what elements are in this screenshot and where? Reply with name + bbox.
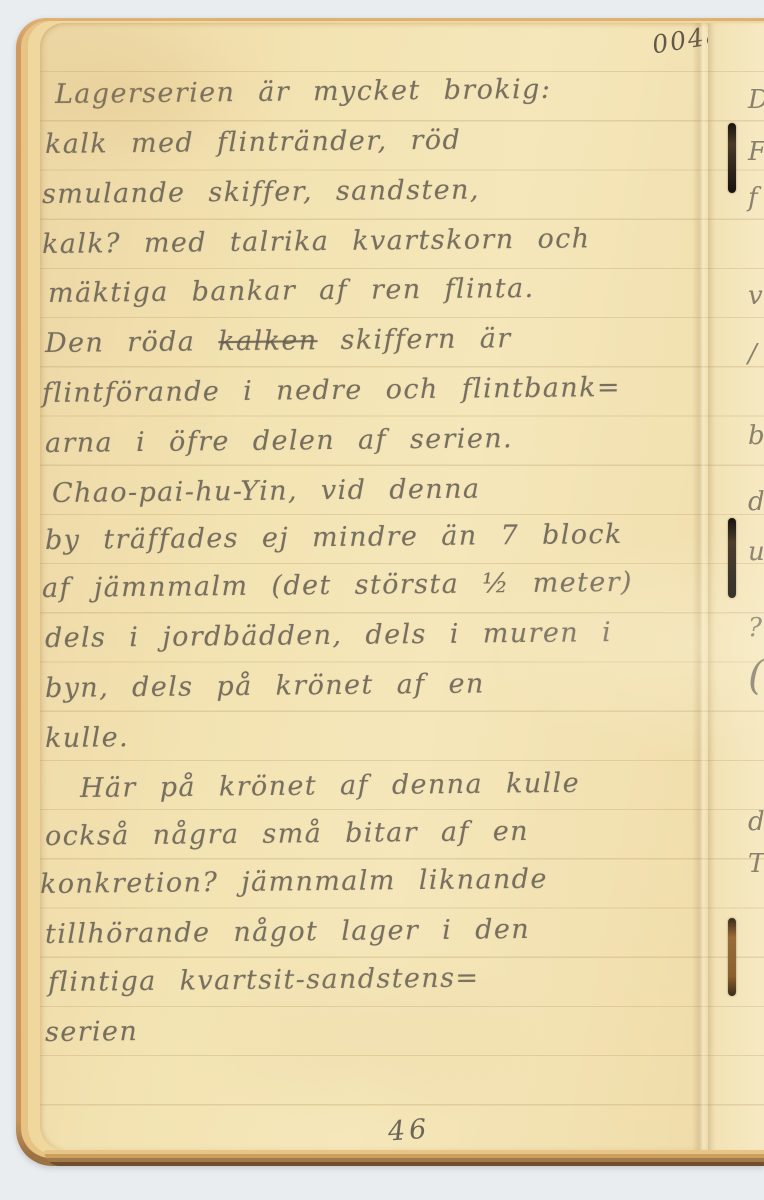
fragment-letter: v: [748, 281, 763, 311]
notebook-scan: 0048 Lagerserien är mycket brokig: kalk …: [16, 18, 764, 1166]
handwritten-line: konkretion? jämnmalm liknande: [40, 864, 548, 900]
binding-stitch: [728, 123, 736, 193]
handwritten-line: tillhörande något lager i den: [45, 914, 530, 950]
handwritten-line: Här på krönet af denna kulle: [80, 768, 580, 804]
handwritten-line: dels i jordbädden, dels i muren i: [45, 617, 612, 654]
fragment-letter: u: [748, 537, 764, 567]
line-segment: skiffern är: [317, 323, 511, 356]
handwritten-line: mäktiga bankar af ren flinta.: [48, 273, 535, 309]
fragment-letter: ?: [748, 613, 762, 643]
fragment-letter: f: [748, 183, 758, 213]
handwritten-line: flintiga kvartsit-sandstens=: [48, 962, 480, 998]
fragment-letter: F: [748, 137, 764, 167]
notebook-page-right-edge: D F f v / b d u ? ( d T.: [708, 23, 764, 1151]
handwritten-line: serien: [45, 1016, 138, 1048]
fragment-letter: T.: [748, 849, 764, 879]
fragment-letter: d: [748, 487, 764, 517]
bottom-page-edges: [44, 1150, 764, 1166]
handwritten-line: by träffades ej mindre än 7 block: [45, 519, 623, 556]
handwritten-line: Lagerserien är mycket brokig:: [55, 74, 552, 110]
handwritten-line-with-strikethrough: Den röda kalken skiffern är: [45, 323, 512, 359]
handwritten-line: flintförande i nedre och flintbank=: [42, 372, 621, 409]
fragment-letter: d: [748, 807, 764, 837]
handwritten-line: kulle.: [45, 722, 129, 754]
fragment-letter: /: [748, 339, 757, 369]
handwritten-line: arna i öfre delen af serien.: [45, 423, 513, 459]
handwritten-line: kalk med flintränder, röd: [45, 125, 462, 160]
handwritten-line: af jämnmalm (det största ½ meter): [42, 567, 633, 604]
line-segment: Den röda: [45, 326, 219, 359]
binding-stitch: [728, 518, 736, 598]
notebook-page-left: 0048 Lagerserien är mycket brokig: kalk …: [40, 23, 764, 1151]
handwritten-line: smulande skiffer, sandsten,: [42, 174, 480, 210]
handwritten-line: byn, dels på krönet af en: [45, 668, 485, 704]
page-gutter-crease: [692, 23, 708, 1151]
binding-stitch: [728, 918, 736, 996]
page-number: 46: [387, 1114, 431, 1148]
handwritten-line: kalk? med talrika kvartskorn och: [42, 223, 591, 260]
fragment-letter: (: [748, 653, 764, 699]
fragment-letter: b: [748, 421, 764, 451]
struck-word: kalken: [218, 325, 318, 357]
handwritten-line: också några små bitar af en: [45, 816, 529, 852]
fragment-letter: D: [748, 85, 764, 115]
handwritten-line: Chao-pai-hu-Yin, vid denna: [52, 474, 481, 509]
